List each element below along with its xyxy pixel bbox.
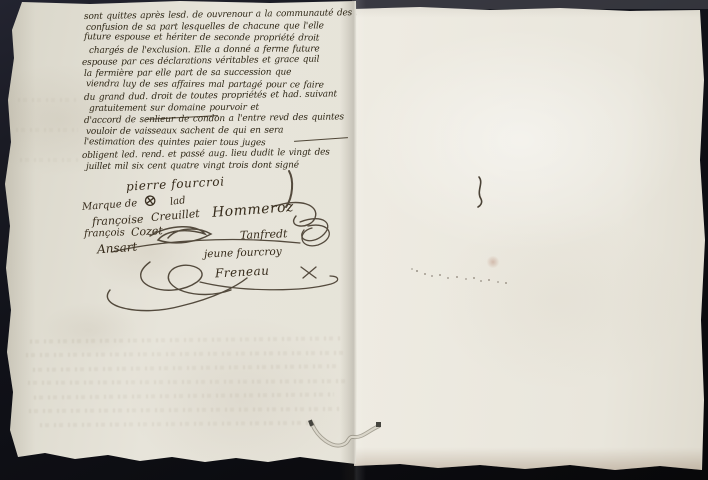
bleed-through-line [34, 392, 334, 399]
signature-ansart: Ansart [97, 240, 138, 257]
manuscript-text-block: sont quittes après lesd. de ouvrenour a … [84, 10, 364, 172]
bleed-through-line [40, 421, 320, 427]
bleed-through-line [33, 364, 338, 372]
stain [486, 256, 500, 268]
witness-cross-mark-icon: ⊗ [142, 190, 159, 212]
bleed-through-line [28, 379, 346, 385]
signature-francois: françois [84, 227, 125, 239]
bleed-through-line [30, 336, 340, 343]
signature-creuillet: Creuillet [151, 207, 201, 224]
text-line: juillet mil six cent quatre vingt trois … [86, 160, 364, 174]
signature-freneau: Freneau [215, 264, 270, 281]
signature-tanfredt: Tanfredt [240, 227, 288, 242]
bleed-through-line [18, 98, 78, 102]
signature-pierre-fourcroi: pierre fourcroi [126, 174, 225, 193]
text-line: vouloir de vaisseaux sachent de qui en s… [86, 125, 364, 139]
page-bottom-tint [354, 448, 702, 472]
bleed-through-line [16, 128, 78, 132]
ink-speckles [416, 270, 418, 272]
bleed-through-line [20, 158, 78, 162]
witness-mark-label: lad [169, 195, 186, 208]
signature-hommeroz: Hommeroz [212, 199, 295, 221]
signature-cozet: Cozet [131, 224, 163, 239]
bleed-through-line [26, 351, 346, 357]
witness-mark-label: Marque de [82, 198, 138, 213]
document-scan: sont quittes après lesd. de ouvrenour a … [0, 0, 708, 480]
signature-jeune-fourcroy: jeune fourcroy [204, 246, 282, 261]
bleed-through-line [29, 407, 341, 413]
